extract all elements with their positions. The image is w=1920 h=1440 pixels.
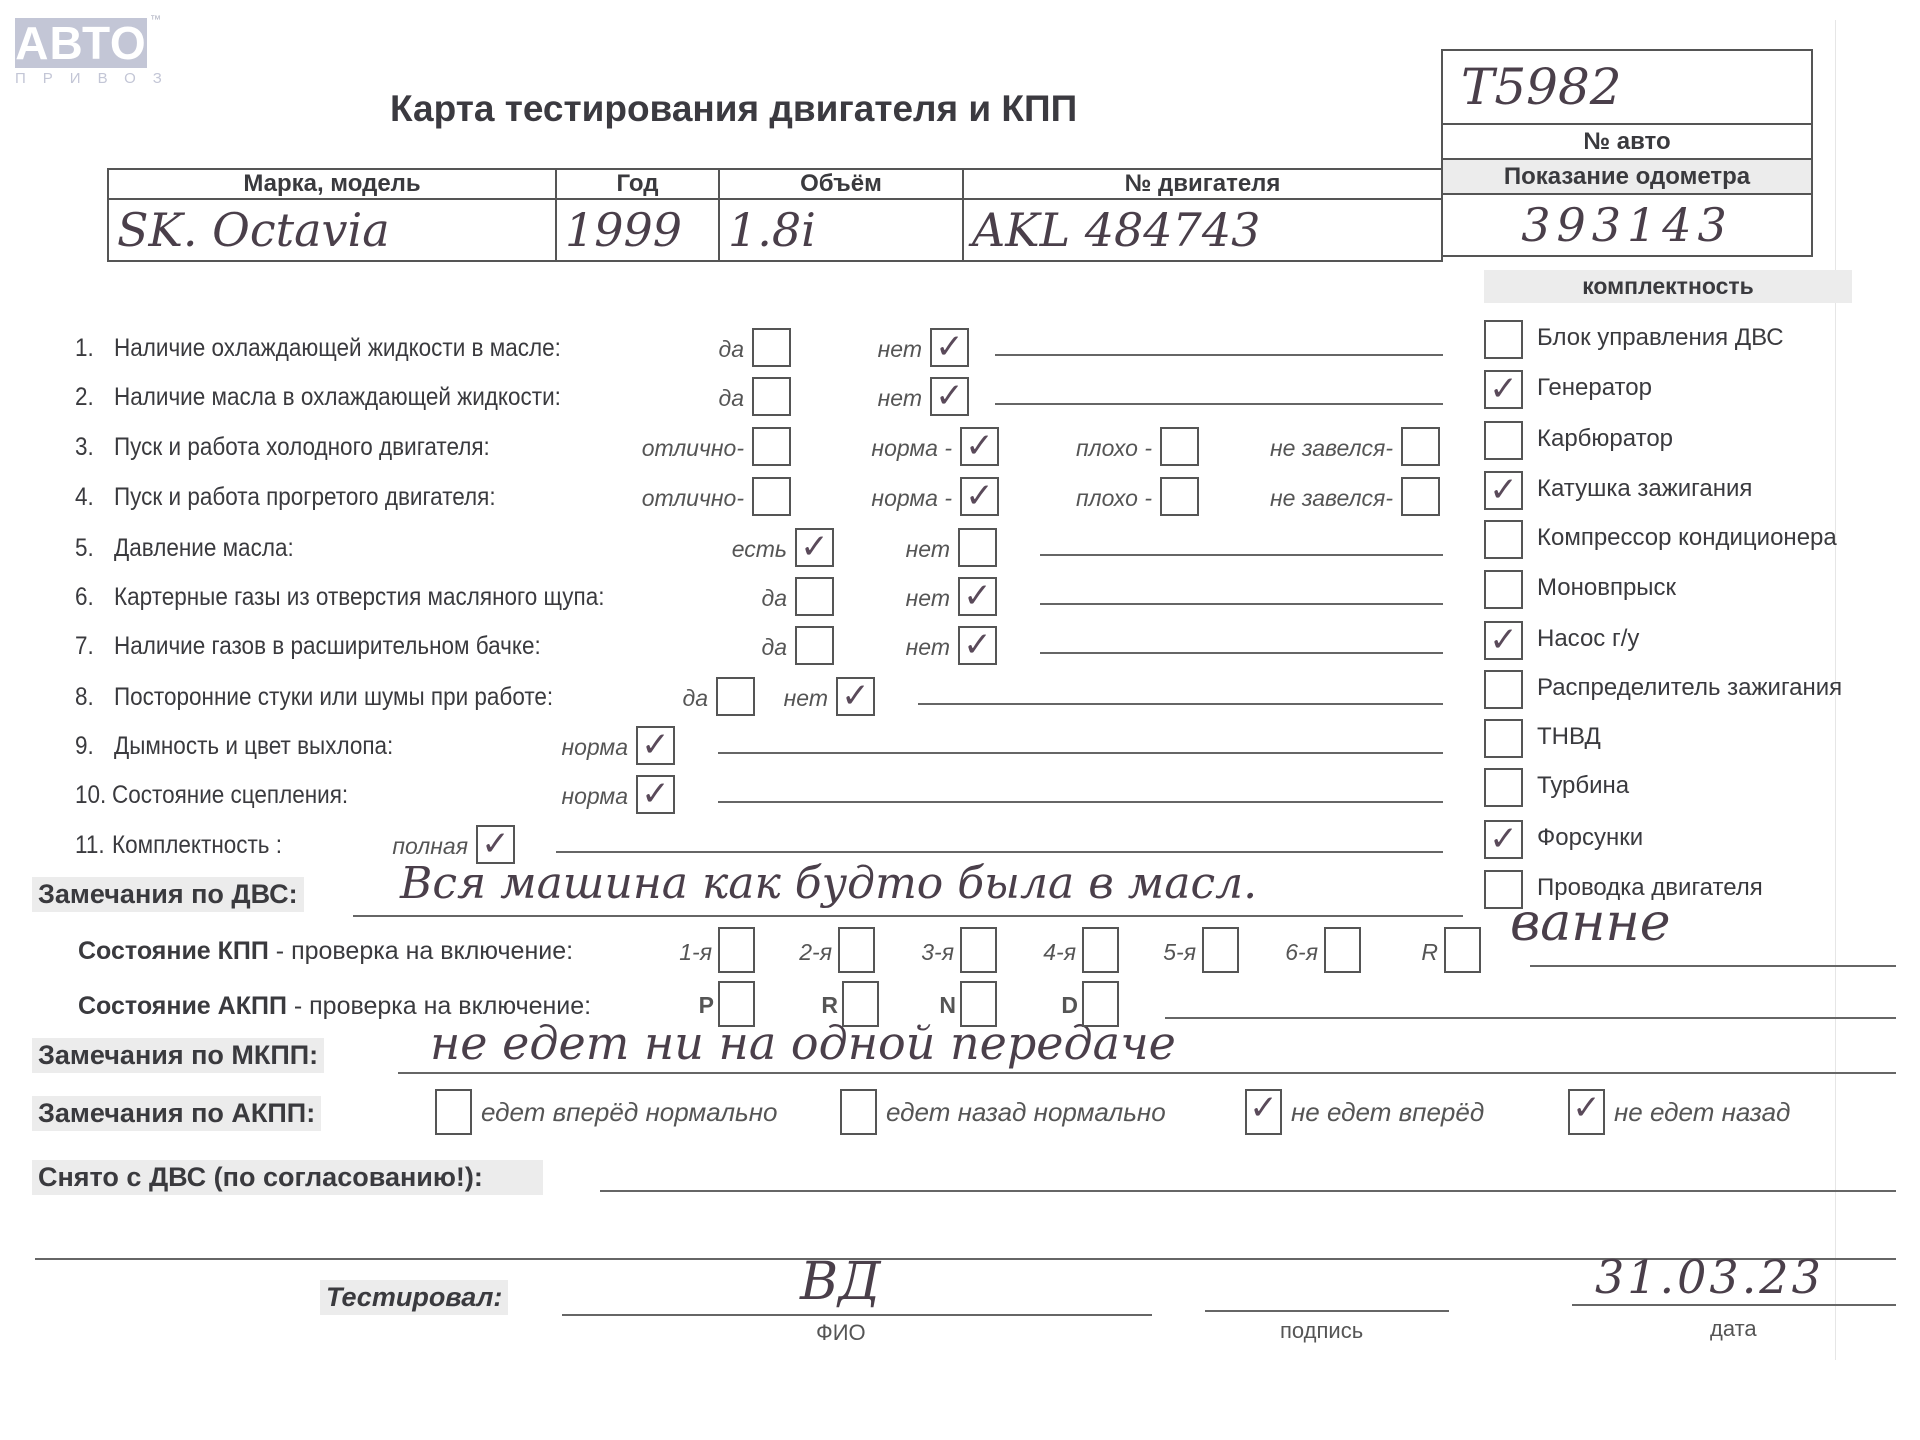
kit-item-label: Распределитель зажигания [1537, 674, 1842, 702]
checkmark-icon: ✓ [1489, 819, 1518, 859]
answer-line [718, 752, 1443, 754]
kit-item-label: Турбина [1537, 772, 1629, 800]
kit-item-label: Карбюратор [1537, 425, 1673, 453]
check-option-label: плохо - [1076, 435, 1152, 462]
gear-label: 4-я [1043, 939, 1076, 966]
gear-checkbox[interactable] [718, 927, 755, 973]
check-option-box[interactable]: ✓ [476, 825, 515, 864]
checkmark-icon: ✓ [963, 576, 992, 616]
header-engine-number: № двигателя [963, 169, 1442, 199]
kit-checkbox[interactable] [1484, 870, 1523, 909]
kit-item-label: Насос г/у [1537, 625, 1639, 653]
akpp-remarks-label: Замечания по АКПП: [32, 1096, 321, 1131]
form-title: Карта тестирования двигателя и КПП [390, 88, 1077, 130]
checkmark-icon: ✓ [1249, 1088, 1278, 1128]
mkpp-remarks-text[interactable]: не едет ни на одной передаче [430, 1016, 1176, 1070]
check-option-box[interactable] [1401, 427, 1440, 466]
gear-label: R [1421, 939, 1438, 966]
kit-header: комплектность [1484, 270, 1852, 303]
check-option-box[interactable] [752, 328, 791, 367]
check-option-label: да [682, 685, 708, 712]
check-option-box[interactable] [752, 377, 791, 416]
check-label: Наличие охлаждающей жидкости в масле: [114, 334, 561, 363]
kit-checkbox[interactable] [1484, 320, 1523, 359]
gear-label: 2-я [799, 939, 832, 966]
engine-remarks-line [353, 915, 1463, 917]
akpp-remark-label: не едет назад [1614, 1097, 1790, 1128]
check-option-label: полная [392, 833, 468, 860]
kit-checkbox[interactable]: ✓ [1484, 820, 1523, 859]
checkmark-icon: ✓ [935, 376, 964, 416]
akpp-mode-checkbox[interactable] [960, 981, 997, 1027]
akpp-remark-label: едет вперёд нормально [481, 1097, 777, 1128]
gear-checkbox[interactable] [1202, 927, 1239, 973]
check-option-box[interactable] [795, 626, 834, 665]
check-label: Посторонние стуки или шумы при работе: [114, 683, 553, 712]
checkmark-icon: ✓ [1489, 470, 1518, 510]
check-number: 5. [75, 534, 94, 563]
kit-item-label: Компрессор кондиционера [1537, 524, 1837, 552]
check-option-box[interactable]: ✓ [958, 577, 997, 616]
engine-remarks-label: Замечания по ДВС: [32, 877, 304, 912]
akpp-remark-checkbox[interactable]: ✓ [1568, 1089, 1605, 1135]
kit-checkbox[interactable] [1484, 421, 1523, 460]
kit-item-label: Моновпрыск [1537, 574, 1676, 602]
check-option-box[interactable]: ✓ [795, 528, 834, 567]
check-option-label: не завелся- [1270, 485, 1393, 512]
check-option-box[interactable] [1160, 427, 1199, 466]
engine-remarks-line-2 [1530, 965, 1896, 967]
value-engine-number: AKL 484743 [963, 199, 1442, 261]
checkmark-icon: ✓ [963, 625, 992, 665]
check-number: 6. [75, 583, 94, 612]
car-number: T5982 [1442, 50, 1812, 124]
kit-item-label: Форсунки [1537, 824, 1643, 852]
check-label: Картерные газы из отверстия масляного щу… [114, 583, 604, 612]
answer-line [1040, 652, 1443, 654]
brand-logo-subtitle: ПРИВОЗ [15, 70, 155, 87]
check-number: 3. [75, 433, 94, 462]
answer-line [718, 801, 1443, 803]
check-option-label: норма - [871, 435, 952, 462]
tested-label: Тестировал: [320, 1280, 508, 1315]
check-option-box[interactable] [958, 528, 997, 567]
check-option-label: отлично- [642, 485, 744, 512]
check-option-box[interactable]: ✓ [958, 626, 997, 665]
kit-checkbox[interactable] [1484, 570, 1523, 609]
header-volume: Объём [719, 169, 963, 199]
kit-checkbox[interactable] [1484, 670, 1523, 709]
check-option-box[interactable] [795, 577, 834, 616]
car-info-box: T5982 № авто Показание одометра 393143 [1441, 49, 1813, 257]
name-caption: ФИО [816, 1320, 866, 1346]
checkmark-icon: ✓ [965, 426, 994, 466]
check-option-label: нет [878, 385, 922, 412]
checkmark-icon: ✓ [481, 824, 510, 864]
check-option-label: да [718, 336, 744, 363]
check-option-label: норма [561, 734, 628, 761]
checkmark-icon: ✓ [1572, 1088, 1601, 1128]
check-option-box[interactable]: ✓ [960, 427, 999, 466]
check-number: 1. [75, 334, 94, 363]
check-number: 2. [75, 383, 94, 412]
check-option-box[interactable] [1401, 477, 1440, 516]
header-year: Год [556, 169, 719, 199]
check-option-label: да [761, 585, 787, 612]
kit-checkbox[interactable] [1484, 520, 1523, 559]
check-option-label: да [761, 634, 787, 661]
akpp-mode-label: R [821, 992, 838, 1019]
signature-caption: подпись [1280, 1318, 1363, 1344]
odometer-value: 393143 [1442, 194, 1812, 256]
answer-line [995, 354, 1443, 356]
check-label: Наличие масла в охлаждающей жидкости: [114, 383, 561, 412]
engine-remarks-text[interactable]: Вся машина как будто была в масл. [400, 858, 1257, 909]
check-option-box[interactable]: ✓ [960, 477, 999, 516]
check-option-label: плохо - [1076, 485, 1152, 512]
akpp-mode-label: D [1061, 992, 1078, 1019]
car-number-label: № авто [1442, 124, 1812, 159]
check-option-label: отлично- [642, 435, 744, 462]
answer-line [556, 851, 1443, 853]
signature-line [1205, 1310, 1449, 1312]
check-option-box[interactable]: ✓ [636, 726, 675, 765]
check-option-label: не завелся- [1270, 435, 1393, 462]
check-label: Пуск и работа холодного двигателя: [114, 433, 490, 462]
akpp-mode-checkbox[interactable] [1082, 981, 1119, 1027]
header-make-model: Марка, модель [108, 169, 556, 199]
akpp-remark-label: не едет вперёд [1291, 1097, 1484, 1128]
gear-label: 6-я [1285, 939, 1318, 966]
check-option-box[interactable]: ✓ [930, 377, 969, 416]
check-option-box[interactable] [752, 427, 791, 466]
check-option-label: норма - [871, 485, 952, 512]
mkpp-remarks-label: Замечания по МКПП: [32, 1038, 324, 1073]
akpp-remark-checkbox[interactable]: ✓ [1245, 1089, 1282, 1135]
akpp-mode-label: N [939, 992, 956, 1019]
date-value[interactable]: 31.03.23 [1595, 1250, 1824, 1304]
check-option-label: нет [906, 634, 950, 661]
checkmark-icon: ✓ [641, 774, 670, 814]
check-option-box[interactable] [1160, 477, 1199, 516]
checkmark-icon: ✓ [965, 476, 994, 516]
gear-label: 5-я [1163, 939, 1196, 966]
akpp-mode-label: P [699, 992, 714, 1019]
trademark-mark: ™ [150, 14, 161, 26]
date-caption: дата [1710, 1316, 1757, 1342]
akpp-remark-label: едет назад нормально [886, 1097, 1166, 1128]
answer-line [1040, 603, 1443, 605]
checkmark-icon: ✓ [1489, 620, 1518, 660]
removed-label: Снято с ДВС (по согласованию!): [32, 1160, 543, 1195]
gear-checkbox[interactable] [1444, 927, 1481, 973]
check-option-label: нет [906, 536, 950, 563]
check-option-box[interactable]: ✓ [636, 775, 675, 814]
akpp-line [1165, 1017, 1896, 1019]
kit-item-label: Блок управления ДВС [1537, 324, 1784, 352]
check-option-label: нет [784, 685, 828, 712]
check-number: 10. [75, 781, 106, 810]
check-label: Дымность и цвет выхлопа: [114, 732, 393, 761]
akpp-remark-checkbox[interactable] [840, 1089, 877, 1135]
checkmark-icon: ✓ [800, 527, 829, 567]
kit-checkbox[interactable] [1484, 768, 1523, 807]
mkpp-remarks-line [398, 1072, 1896, 1074]
gear-label: 1-я [679, 939, 712, 966]
check-option-box[interactable] [752, 477, 791, 516]
check-number: 8. [75, 683, 94, 712]
checkmark-icon: ✓ [841, 676, 870, 716]
vehicle-table: Марка, модель Год Объём № двигателя SK. … [107, 168, 1443, 262]
date-line [1572, 1304, 1896, 1306]
check-label: Давление масла: [114, 534, 294, 563]
removed-line [600, 1190, 1896, 1192]
answer-line [995, 403, 1443, 405]
check-number: 7. [75, 632, 94, 661]
check-label: Наличие газов в расширительном бачке: [114, 632, 541, 661]
kit-checkbox[interactable]: ✓ [1484, 621, 1523, 660]
check-option-box[interactable]: ✓ [930, 328, 969, 367]
gear-checkbox[interactable] [1324, 927, 1361, 973]
answer-line [918, 703, 1443, 705]
check-number: 4. [75, 483, 94, 512]
kit-checkbox[interactable] [1484, 719, 1523, 758]
check-option-label: есть [732, 536, 787, 563]
gear-label: 3-я [921, 939, 954, 966]
answer-line [1040, 554, 1443, 556]
engine-remarks-text-cont[interactable]: ванне [1510, 893, 1671, 953]
check-label: Пуск и работа прогретого двигателя: [114, 483, 496, 512]
akpp-mode-checkbox[interactable] [718, 981, 755, 1027]
check-label: Комплектность : [112, 831, 282, 860]
check-option-box[interactable] [716, 677, 755, 716]
brand-logo: АВТО [15, 18, 147, 68]
checkmark-icon: ✓ [641, 725, 670, 765]
kit-item-label: Генератор [1537, 374, 1652, 402]
checkmark-icon: ✓ [1489, 369, 1518, 409]
value-volume: 1.8i [719, 199, 963, 261]
value-make-model: SK. Octavia [108, 199, 556, 261]
check-option-label: нет [906, 585, 950, 612]
kit-item-label: Катушка зажигания [1537, 475, 1752, 503]
kit-item-label: Проводка двигателя [1537, 874, 1763, 902]
kit-checkbox[interactable]: ✓ [1484, 471, 1523, 510]
akpp-mode-checkbox[interactable] [842, 981, 879, 1027]
gear-checkbox[interactable] [960, 927, 997, 973]
kpp-label: Состояние КПП - проверка на включение: [78, 937, 573, 966]
value-year: 1999 [556, 199, 719, 261]
akpp-remark-checkbox[interactable] [435, 1089, 472, 1135]
check-number: 9. [75, 732, 94, 761]
check-option-label: норма [561, 783, 628, 810]
name-line [562, 1314, 1152, 1316]
kit-item-label: ТНВД [1537, 723, 1601, 751]
checkmark-icon: ✓ [935, 327, 964, 367]
gear-checkbox[interactable] [1082, 927, 1119, 973]
check-label: Состояние сцепления: [112, 781, 348, 810]
odometer-label: Показание одометра [1442, 159, 1812, 194]
check-option-label: нет [878, 336, 922, 363]
check-option-label: да [718, 385, 744, 412]
check-option-box[interactable]: ✓ [836, 677, 875, 716]
tester-name[interactable]: ВД [800, 1252, 881, 1312]
check-number: 11. [75, 831, 105, 860]
gear-checkbox[interactable] [838, 927, 875, 973]
kit-checkbox[interactable]: ✓ [1484, 370, 1523, 409]
